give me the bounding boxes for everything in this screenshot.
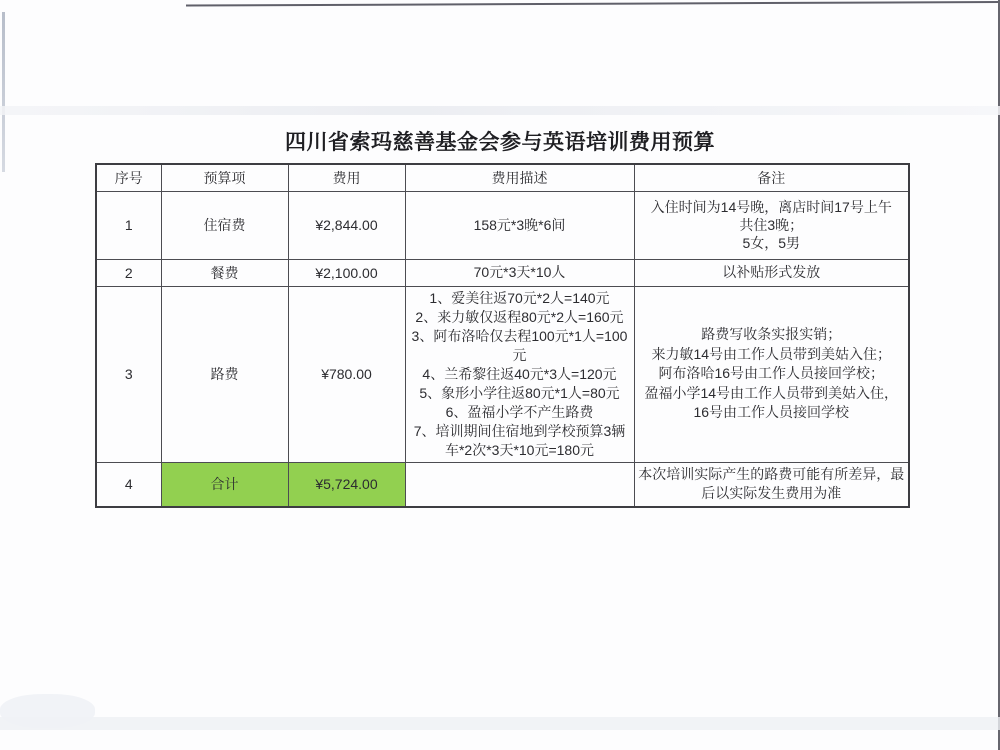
cell-cost: ¥780.00 [288, 286, 405, 462]
cell-cost: ¥2,844.00 [288, 191, 405, 259]
table-row: 3 路费 ¥780.00 1、爱美往返70元*2人=140元2、来力敏仅返程80… [96, 286, 909, 462]
scan-edge-top-line [186, 1, 1000, 7]
scanned-document-page: 四川省索玛慈善基金会参与英语培训费用预算 序号 预算项 费用 费用描述 备注 1… [0, 0, 1000, 750]
cell-no: 1 [96, 191, 161, 259]
cell-description [405, 462, 634, 507]
header-no: 序号 [96, 164, 161, 191]
budget-table: 序号 预算项 费用 费用描述 备注 1 住宿费 ¥2,844.00 158元*3… [95, 163, 910, 508]
table-header-row: 序号 预算项 费用 费用描述 备注 [96, 164, 909, 191]
header-remarks: 备注 [634, 164, 909, 191]
cell-cost: ¥2,100.00 [288, 259, 405, 286]
cell-remarks: 路费写收条实报实销；来力敏14号由工作人员带到美姑入住；阿布洛哈16号由工作人员… [634, 286, 909, 462]
header-item: 预算项 [161, 164, 288, 191]
scan-smudge [0, 694, 95, 728]
cell-no: 3 [96, 286, 161, 462]
cell-item: 餐费 [161, 259, 288, 286]
cell-description: 1、爱美往返70元*2人=140元2、来力敏仅返程80元*2人=160元3、阿布… [405, 286, 634, 462]
cell-no: 2 [96, 259, 161, 286]
scan-shadow-band [0, 106, 1000, 115]
cell-remarks: 入住时间为14号晚，离店时间17号上午共住3晚；5女，5男 [634, 191, 909, 259]
cell-item: 路费 [161, 286, 288, 462]
cell-remarks: 本次培训实际产生的路费可能有所差异，最后以实际发生费用为准 [634, 462, 909, 507]
header-cost: 费用 [288, 164, 405, 191]
table-row: 1 住宿费 ¥2,844.00 158元*3晚*6间 入住时间为14号晚，离店时… [96, 191, 909, 259]
table-row-total: 4 合计 ¥5,724.00 本次培训实际产生的路费可能有所差异，最后以实际发生… [96, 462, 909, 507]
cell-cost-total: ¥5,724.00 [288, 462, 405, 507]
scan-shadow-band-bottom [0, 717, 1000, 730]
document-title: 四川省索玛慈善基金会参与英语培训费用预算 [0, 126, 1000, 156]
cell-no: 4 [96, 462, 161, 507]
cell-item-total: 合计 [161, 462, 288, 507]
cell-item: 住宿费 [161, 191, 288, 259]
cell-remarks: 以补贴形式发放 [634, 259, 909, 286]
cell-description: 70元*3天*10人 [405, 259, 634, 286]
cell-description: 158元*3晚*6间 [405, 191, 634, 259]
table-row: 2 餐费 ¥2,100.00 70元*3天*10人 以补贴形式发放 [96, 259, 909, 286]
header-description: 费用描述 [405, 164, 634, 191]
